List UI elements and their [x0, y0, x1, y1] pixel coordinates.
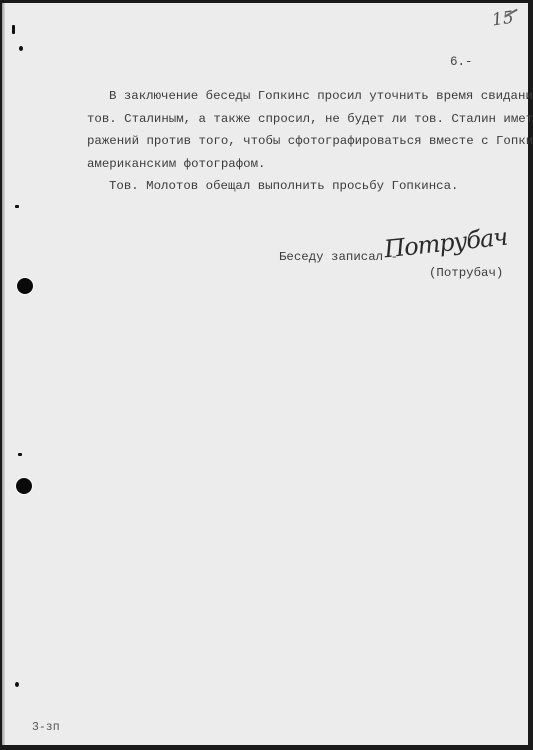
binder-mark	[18, 453, 22, 456]
page-edge-shadow	[2, 3, 5, 745]
footer-code: 3-зп	[32, 721, 60, 734]
punch-hole	[17, 278, 33, 294]
paragraph-2-line-1: Тов. Молотов обещал выполнить просьбу Го…	[87, 175, 517, 198]
binder-mark	[12, 25, 15, 34]
punch-hole	[16, 478, 32, 494]
paragraph-1-line-4: американским фотографом.	[87, 153, 517, 176]
binder-mark	[15, 205, 19, 208]
paragraph-1-line-1: В заключение беседы Гопкинс просил уточн…	[87, 85, 517, 108]
handwritten-signature: Потрубач	[383, 223, 509, 264]
paragraph-1-line-2: тов. Сталиным, а также спросил, не будет…	[87, 108, 517, 131]
binder-mark	[19, 46, 23, 51]
signature-typed-name: (Потрубач)	[429, 266, 503, 280]
document-page: 15 6.- В заключение беседы Гопкинс проси…	[2, 3, 528, 745]
binder-mark	[15, 682, 19, 687]
signature-label: Беседу записал -	[279, 250, 398, 264]
document-body: В заключение беседы Гопкинс просил уточн…	[87, 85, 517, 198]
page-number: 6.-	[450, 55, 473, 69]
paragraph-1-line-3: ражений против того, чтобы сфотографиров…	[87, 130, 517, 153]
